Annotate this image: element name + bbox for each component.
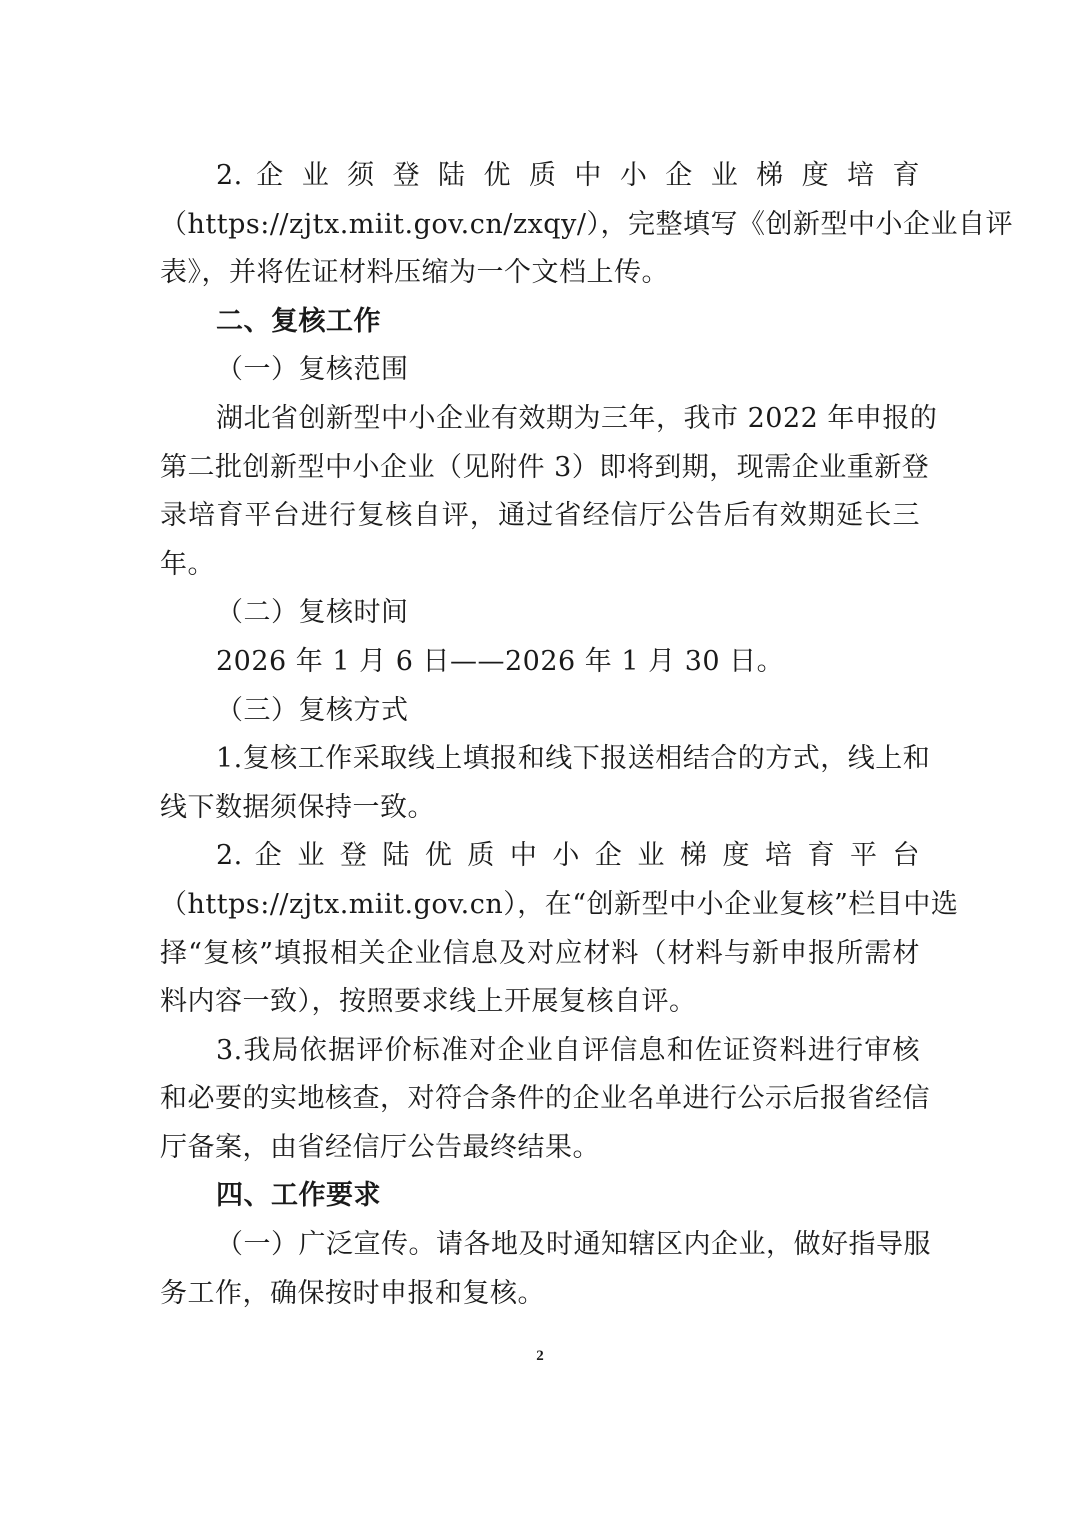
paragraph-line: （https://zjtx.miit.gov.cn/zxqy/），完整填写《创新… — [160, 201, 920, 250]
paragraph-line: 和必要的实地核查，对符合条件的企业名单进行公示后报省经信 — [160, 1075, 920, 1124]
page-number: 2 — [0, 1348, 1080, 1365]
document-body: 2. 企 业 须 登 陆 优 质 中 小 企 业 梯 度 培 育 （https:… — [160, 152, 920, 1318]
paragraph-line: 湖北省创新型中小企业有效期为三年，我市 2022 年申报的 — [160, 395, 920, 444]
paragraph-line: 年。 — [160, 541, 920, 590]
paragraph-line: 厅备案，由省经信厅公告最终结果。 — [160, 1124, 920, 1173]
paragraph-line: 1.复核工作采取线上填报和线下报送相结合的方式，线上和 — [160, 735, 920, 784]
paragraph-line: 表》，并将佐证材料压缩为一个文档上传。 — [160, 249, 920, 298]
paragraph-line: 择“复核”填报相关企业信息及对应材料（材料与新申报所需材 — [160, 930, 920, 979]
paragraph-line: 3.我局依据评价标准对企业自评信息和佐证资料进行审核 — [160, 1027, 920, 1076]
paragraph-line: 第二批创新型中小企业（见附件 3）即将到期，现需企业重新登 — [160, 444, 920, 493]
paragraph-line: 务工作，确保按时申报和复核。 — [160, 1270, 920, 1319]
paragraph-line: 2. 企 业 登 陆 优 质 中 小 企 业 梯 度 培 育 平 台 — [160, 832, 920, 881]
paragraph-line: 线下数据须保持一致。 — [160, 784, 920, 833]
subsection-heading: （二）复核时间 — [160, 589, 920, 638]
subsection-heading: （三）复核方式 — [160, 687, 920, 736]
date-range-line: 2026 年 1 月 6 日——2026 年 1 月 30 日。 — [160, 638, 920, 687]
paragraph-line: （一）广泛宣传。请各地及时通知辖区内企业，做好指导服 — [160, 1221, 920, 1270]
paragraph-line: （https://zjtx.miit.gov.cn），在“创新型中小企业复核”栏… — [160, 881, 920, 930]
paragraph-line: 录培育平台进行复核自评，通过省经信厅公告后有效期延长三 — [160, 492, 920, 541]
paragraph-line: 2. 企 业 须 登 陆 优 质 中 小 企 业 梯 度 培 育 — [160, 152, 920, 201]
subsection-heading: （一）复核范围 — [160, 346, 920, 395]
paragraph-line: 料内容一致），按照要求线上开展复核自评。 — [160, 978, 920, 1027]
section-heading: 四、工作要求 — [160, 1172, 920, 1221]
section-heading: 二、复核工作 — [160, 298, 920, 347]
